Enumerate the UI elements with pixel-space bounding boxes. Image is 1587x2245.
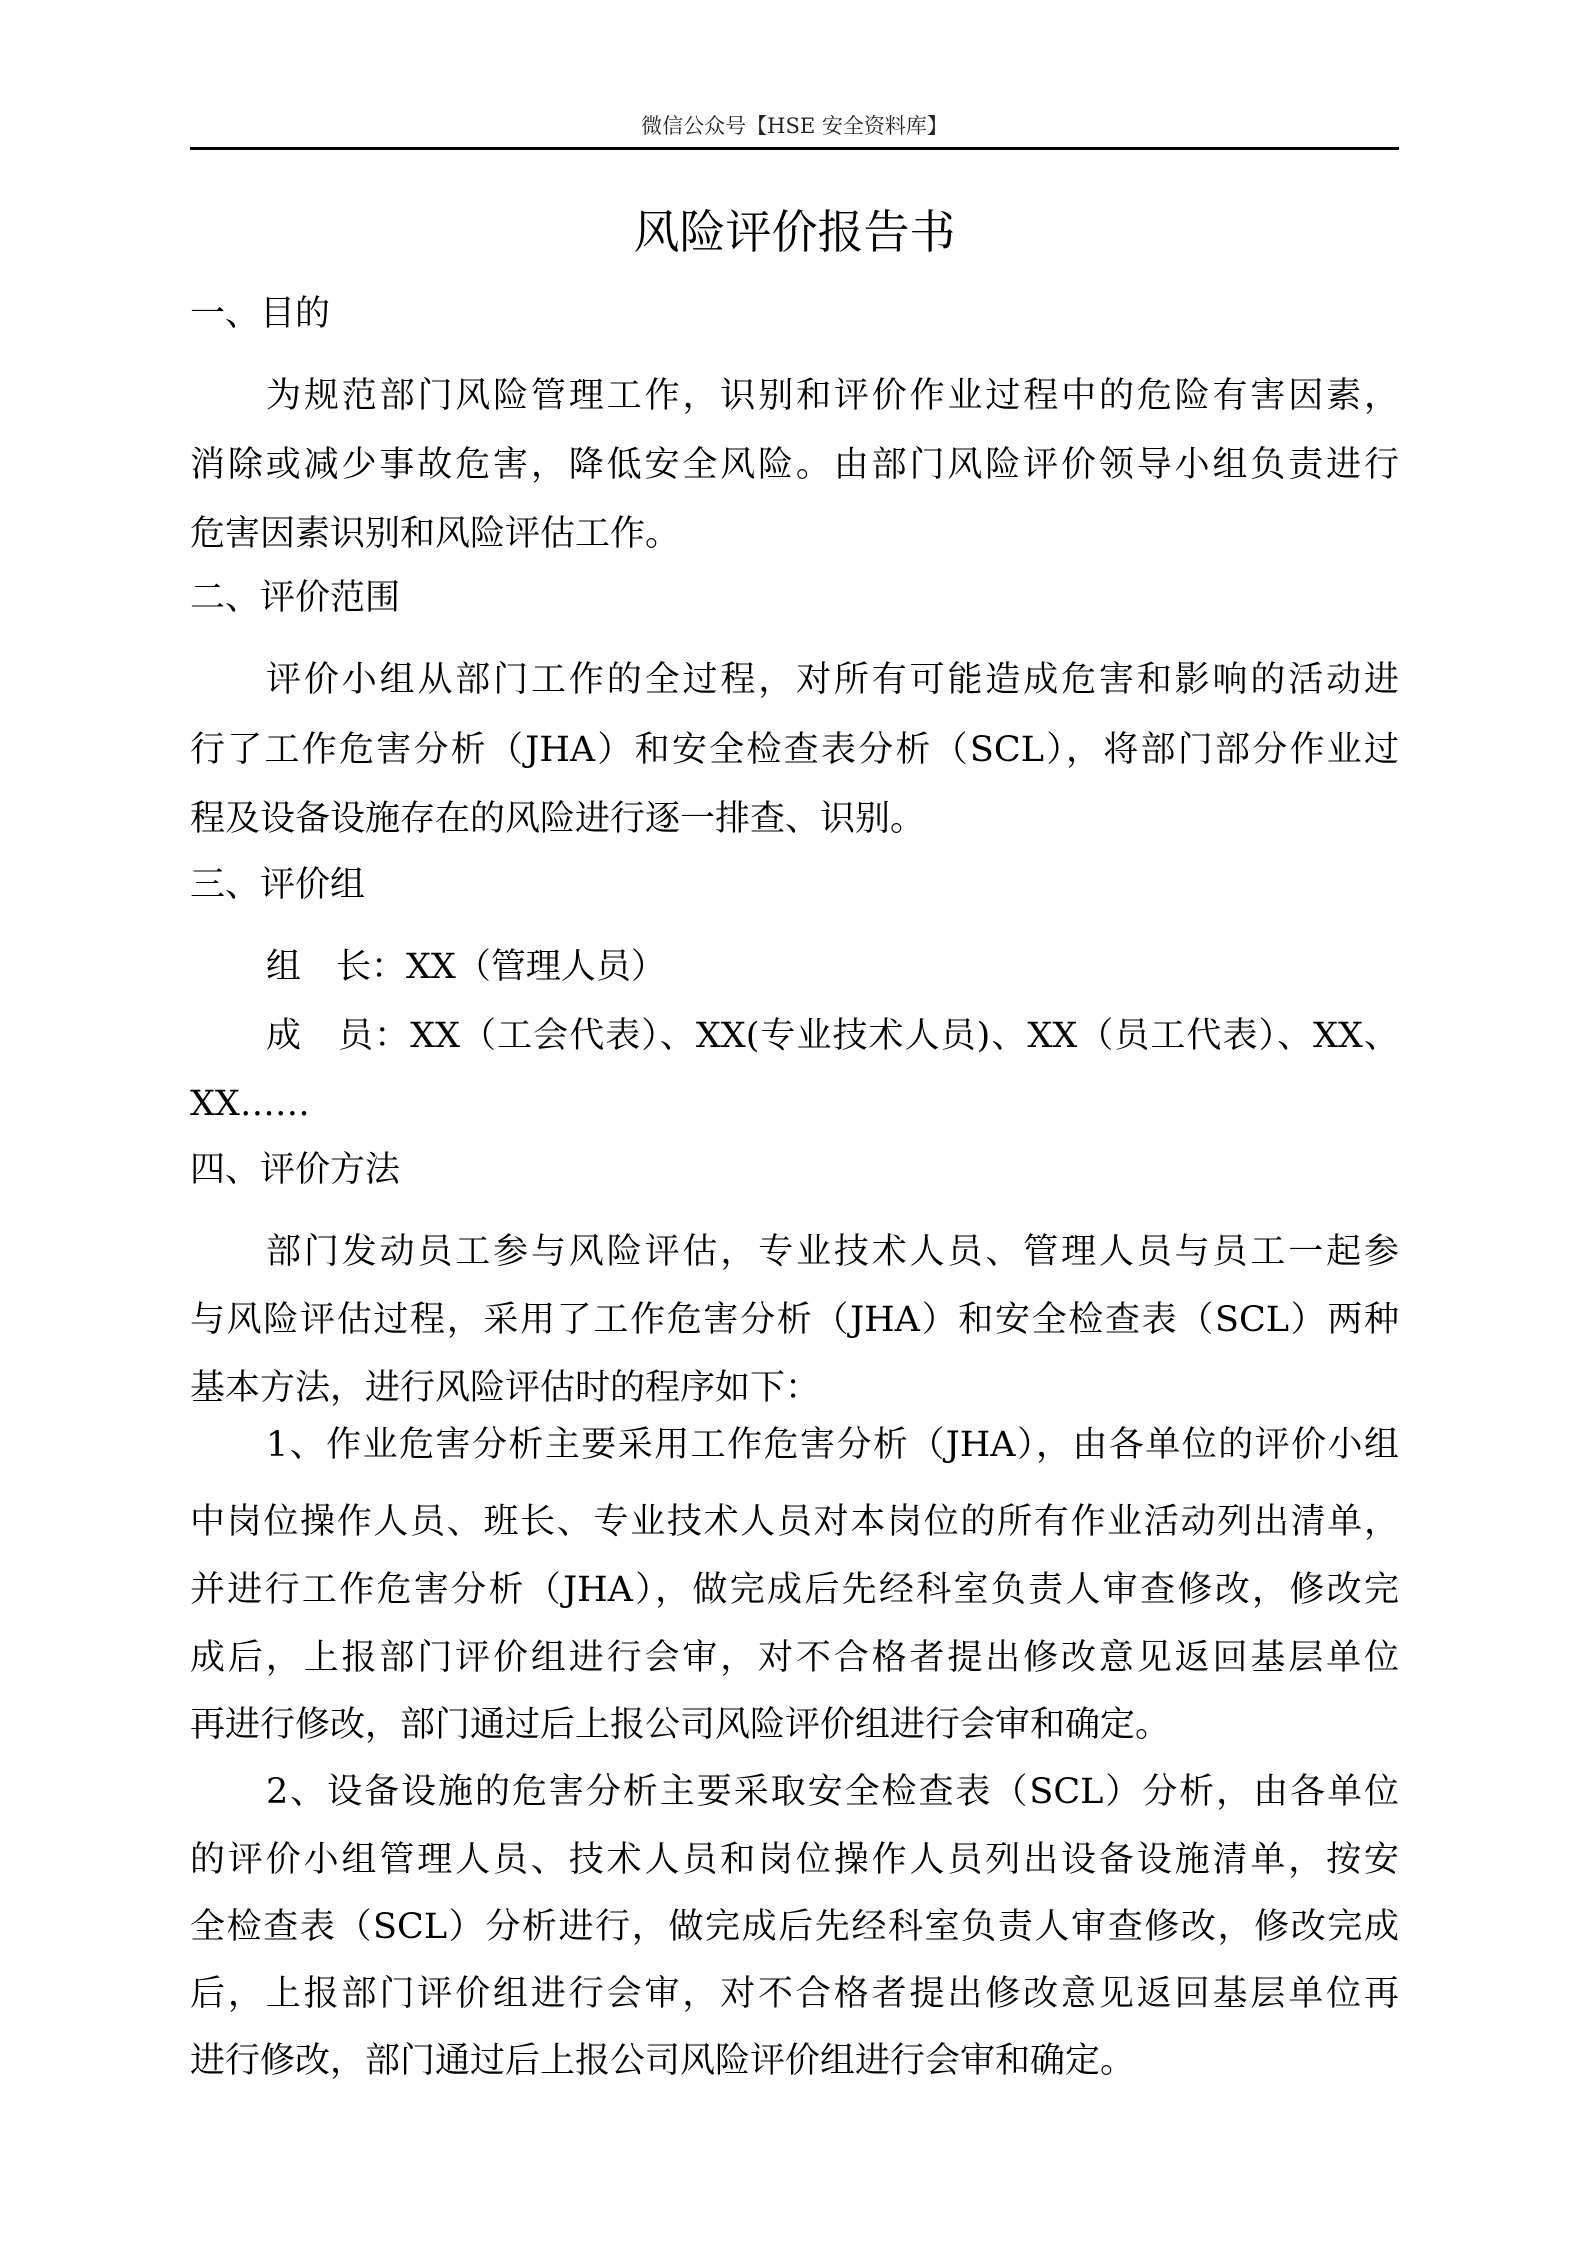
paragraph-line: 2、设备设施的危害分析主要采取安全检查表（SCL）分析，由各单位 (266, 1770, 1399, 1814)
paragraph-line: 1、作业危害分析主要采用工作危害分析（JHA），由各单位的评价小组 (266, 1423, 1399, 1467)
section-heading-method: 四、评价方法 (190, 1148, 1399, 1192)
header-divider (190, 147, 1399, 150)
paragraph-line: 为规范部门风险管理工作，识别和评价作业过程中的危险有害因素， (266, 374, 1399, 418)
paragraph-line: 危害因素识别和风险评估工作。 (190, 512, 1399, 556)
paragraph-line: 部门发动员工参与风险评估，专业技术人员、管理人员与员工一起参 (266, 1230, 1399, 1274)
document-title: 风险评价报告书 (190, 204, 1399, 260)
paragraph-line: 行了工作危害分析（JHA）和安全检查表分析（SCL），将部门部分作业过 (190, 728, 1399, 772)
paragraph-line: 进行修改，部门通过后上报公司风险评价组进行会审和确定。 (190, 2039, 1399, 2083)
paragraph-line: 中岗位操作人员、班长、专业技术人员对本岗位的所有作业活动列出清单， (190, 1500, 1399, 1544)
team-members-line: XX…… (190, 1082, 1399, 1126)
paragraph-line: 与风险评估过程，采用了工作危害分析（JHA）和安全检查表（SCL）两种 (190, 1298, 1399, 1342)
team-members-line: 成 员：XX（工会代表）、XX(专业技术人员)、XX（员工代表）、XX、 (266, 1014, 1399, 1058)
page-header-text: 微信公众号【HSE 安全资料库】 (190, 112, 1399, 140)
section-heading-team: 三、评价组 (190, 863, 1399, 907)
paragraph-line: 基本方法，进行风险评估时的程序如下： (190, 1366, 1399, 1410)
document-page: 微信公众号【HSE 安全资料库】 风险评价报告书 一、目的 为规范部门风险管理工… (0, 0, 1587, 2245)
paragraph-line: 全检查表（SCL）分析进行，做完成后先经科室负责人审查修改，修改完成 (190, 1905, 1399, 1949)
team-leader-line: 组 长：XX（管理人员） (266, 945, 1399, 989)
section-heading-scope: 二、评价范围 (190, 576, 1399, 620)
paragraph-line: 评价小组从部门工作的全过程，对所有可能造成危害和影响的活动进 (266, 658, 1399, 702)
paragraph-line: 并进行工作危害分析（JHA），做完成后先经科室负责人审查修改，修改完 (190, 1568, 1399, 1612)
paragraph-line: 消除或减少事故危害，降低安全风险。由部门风险评价领导小组负责进行 (190, 443, 1399, 487)
section-heading-purpose: 一、目的 (190, 292, 1399, 336)
paragraph-line: 程及设备设施存在的风险进行逐一排查、识别。 (190, 797, 1399, 841)
paragraph-line: 后，上报部门评价组进行会审，对不合格者提出修改意见返回基层单位再 (190, 1972, 1399, 2016)
paragraph-line: 的评价小组管理人员、技术人员和岗位操作人员列出设备设施清单，按安 (190, 1838, 1399, 1882)
paragraph-line: 再进行修改，部门通过后上报公司风险评价组进行会审和确定。 (190, 1703, 1399, 1747)
paragraph-line: 成后，上报部门评价组进行会审，对不合格者提出修改意见返回基层单位 (190, 1636, 1399, 1680)
